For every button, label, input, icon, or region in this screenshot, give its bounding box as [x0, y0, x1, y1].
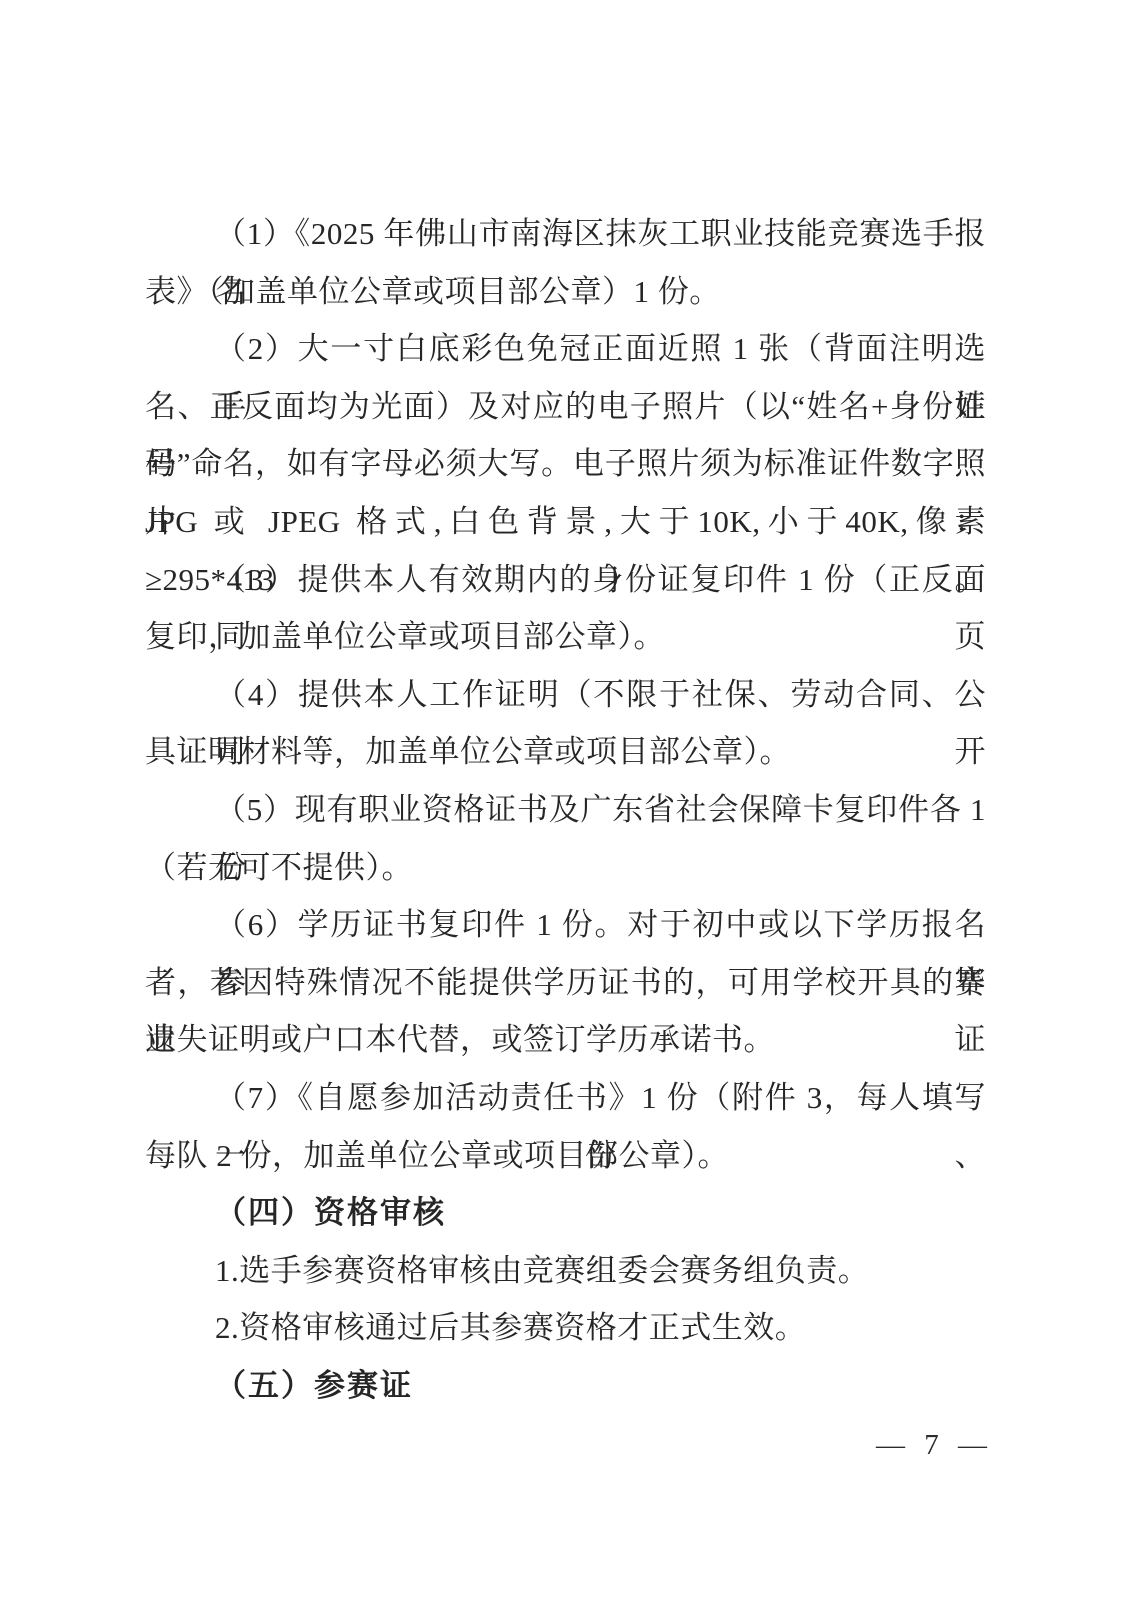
paragraph-line: （若无可不提供）。: [145, 839, 986, 897]
paragraph-line: （2）大一寸白底彩色免冠正面近照 1 张（背面注明选手姓: [145, 320, 986, 378]
paragraph-line: 者，若因特殊情况不能提供学历证书的，可用学校开具的毕业证: [145, 954, 986, 1012]
document-body: （1）《2025 年佛山市南海区抹灰工职业技能竞赛选手报名 表》（加盖单位公章或…: [145, 205, 986, 1414]
paragraph-line: （3）提供本人有效期内的身份证复印件 1 份（正反面同页: [145, 551, 986, 609]
paragraph-line: （1）《2025 年佛山市南海区抹灰工职业技能竞赛选手报名: [145, 205, 986, 263]
paragraph-line: JPG 或 JPEG 格式,白色背景,大于10K,小于40K,像素≥295*41…: [145, 493, 986, 551]
paragraph-line: （5）现有职业资格证书及广东省社会保障卡复印件各 1 份: [145, 781, 986, 839]
section-heading: （五）参赛证: [145, 1357, 986, 1415]
numbered-item: 2.资格审核通过后其参赛资格才正式生效。: [145, 1299, 986, 1357]
paragraph-line: 码”命名，如有字母必须大写。电子照片须为标准证件数字照片：: [145, 435, 986, 493]
numbered-item: 1.选手参赛资格审核由竞赛组委会赛务组负责。: [145, 1242, 986, 1300]
page-number: — 7 —: [876, 1428, 993, 1462]
paragraph-line: 表》（加盖单位公章或项目部公章）1 份。: [145, 263, 986, 321]
paragraph-line: 名、正反面均为光面）及对应的电子照片（以“姓名+身份证号: [145, 378, 986, 436]
document-page: （1）《2025 年佛山市南海区抹灰工职业技能竞赛选手报名 表》（加盖单位公章或…: [0, 0, 1131, 1600]
paragraph-line: （6）学历证书复印件 1 份。对于初中或以下学历报名参赛: [145, 896, 986, 954]
paragraph-line: （4）提供本人工作证明（不限于社保、劳动合同、公司开: [145, 666, 986, 724]
section-heading: （四）资格审核: [145, 1184, 986, 1242]
paragraph-line: （7）《自愿参加活动责任书》1 份（附件 3，每人填写一份、: [145, 1069, 986, 1127]
